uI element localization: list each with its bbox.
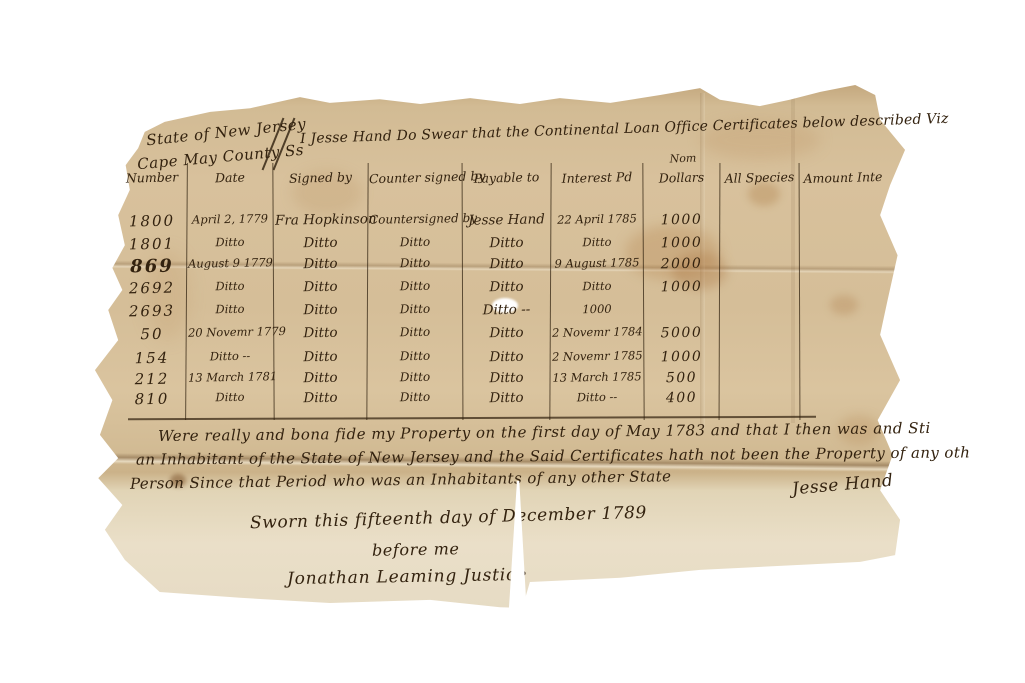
table-cell: Ditto — [188, 389, 272, 404]
table-cell: Ditto — [464, 324, 549, 341]
table-cell: 13 March 1781 — [188, 369, 272, 384]
column-header-interest-pd: Interest Pd — [552, 170, 642, 187]
table-cell: 500 — [645, 369, 718, 386]
table-cell: 50 — [118, 324, 186, 343]
table-cell: Ditto — [275, 255, 366, 273]
table-column-line — [719, 163, 721, 420]
table-cell: Ditto — [552, 234, 642, 250]
table-cell: 212 — [118, 369, 186, 388]
table-cell: 2 Novemr 1785 — [552, 348, 642, 364]
table-cell: Ditto — [464, 369, 549, 386]
table-cell: 9 August 1785 — [552, 255, 642, 271]
table-cell: Ditto — [188, 301, 272, 316]
sworn-line: Sworn this fifteenth day of December 178… — [250, 504, 647, 534]
column-header-number: Number — [118, 170, 186, 186]
table-cell: 400 — [645, 389, 718, 406]
table-cell: 1000 — [645, 211, 718, 228]
table-cell: 1801 — [118, 234, 186, 253]
column-header-counter-signed-by: Counter signed by — [369, 170, 461, 187]
column-header-date: Date — [188, 170, 272, 187]
table-cell: 1000 — [645, 234, 718, 251]
affidavit-line-1: Were really and bona fide my Property on… — [158, 420, 931, 445]
paper-crack — [505, 481, 531, 613]
table-cell: 1800 — [118, 211, 186, 230]
affidavit-line-2: an Inhabitant of the State of New Jersey… — [136, 444, 970, 469]
table-cell: Ditto — [275, 369, 366, 387]
table-cell: Ditto — [464, 255, 549, 272]
document-content: State of New Jersey Cape May County Ss I… — [0, 0, 1025, 683]
table-cell: 810 — [118, 389, 186, 408]
table-cell: Ditto — [369, 324, 461, 340]
table-cell: 20 Novemr 1779 — [188, 324, 272, 339]
column-header-signed-by: Signed by — [275, 170, 366, 187]
before-me-line: before me — [372, 540, 460, 560]
table-cell: Ditto — [464, 389, 549, 406]
table-cell: Ditto — [275, 348, 366, 366]
table-cell: 2692 — [118, 278, 186, 297]
photo-background: State of New Jersey Cape May County Ss I… — [0, 0, 1025, 683]
table-cell: 869 — [118, 255, 186, 277]
table-cell: Ditto — [275, 301, 366, 319]
table-cell: 2000 — [645, 255, 718, 272]
column-header-dollars-note: Nom — [648, 152, 718, 167]
signature-jesse-hand: Jesse Hand — [791, 472, 894, 500]
column-header-all-species: All Species — [721, 170, 798, 186]
table-cell: 1000 — [645, 278, 718, 295]
table-cell: Ditto — [188, 234, 272, 249]
table-cell: Ditto — [369, 255, 461, 271]
column-header-payable-to: Payable to — [464, 170, 549, 187]
table-cell: 1000 — [645, 348, 718, 365]
table-cell: Ditto — [369, 369, 461, 385]
table-cell: Ditto — [369, 234, 461, 250]
table-cell: Ditto -- — [188, 348, 272, 363]
table-cell: 13 March 1785 — [552, 369, 642, 385]
table-cell: Jesse Hand — [464, 211, 549, 228]
table-cell: August 9 1779 — [188, 255, 272, 270]
table-cell: Ditto — [552, 278, 642, 294]
table-cell: Ditto — [369, 301, 461, 317]
table-cell: Ditto — [464, 348, 549, 365]
table-cell: Countersigned by — [369, 211, 461, 227]
table-cell: Ditto — [275, 234, 366, 252]
column-header-amount: Amount Inte — [801, 170, 885, 187]
table-cell: 1000 — [552, 301, 642, 317]
table-cell: Fra Hopkinson — [275, 211, 366, 229]
table-cell: 5000 — [645, 324, 718, 341]
table-column-line — [799, 163, 801, 420]
table-cell: 154 — [118, 348, 186, 367]
table-cell: April 2, 1779 — [188, 211, 272, 226]
table-cell: Ditto — [188, 278, 272, 293]
table-cell: 2 Novemr 1784 — [552, 324, 642, 340]
table-cell: Ditto — [275, 278, 366, 296]
affidavit-line-3: Person Since that Period who was an Inha… — [130, 468, 672, 493]
oath-line: I Jesse Hand Do Swear that the Continent… — [300, 111, 949, 147]
table-cell: Ditto -- — [552, 389, 642, 405]
table-cell: Ditto — [464, 234, 549, 251]
table-cell: Ditto — [275, 324, 366, 342]
column-header-dollars: Dollars — [645, 170, 718, 186]
table-cell: Ditto — [369, 278, 461, 294]
table-cell: Ditto -- — [464, 301, 549, 318]
table-cell: Ditto — [464, 278, 549, 295]
justice-signature: Jonathan Leaming Justice — [287, 566, 528, 590]
table-cell: Ditto — [369, 348, 461, 364]
table-cell: Ditto — [369, 389, 461, 405]
table-cell: 22 April 1785 — [552, 211, 642, 227]
table-cell: 2693 — [118, 301, 186, 320]
table-cell: Ditto — [275, 389, 366, 407]
table-bottom-line — [128, 416, 816, 420]
